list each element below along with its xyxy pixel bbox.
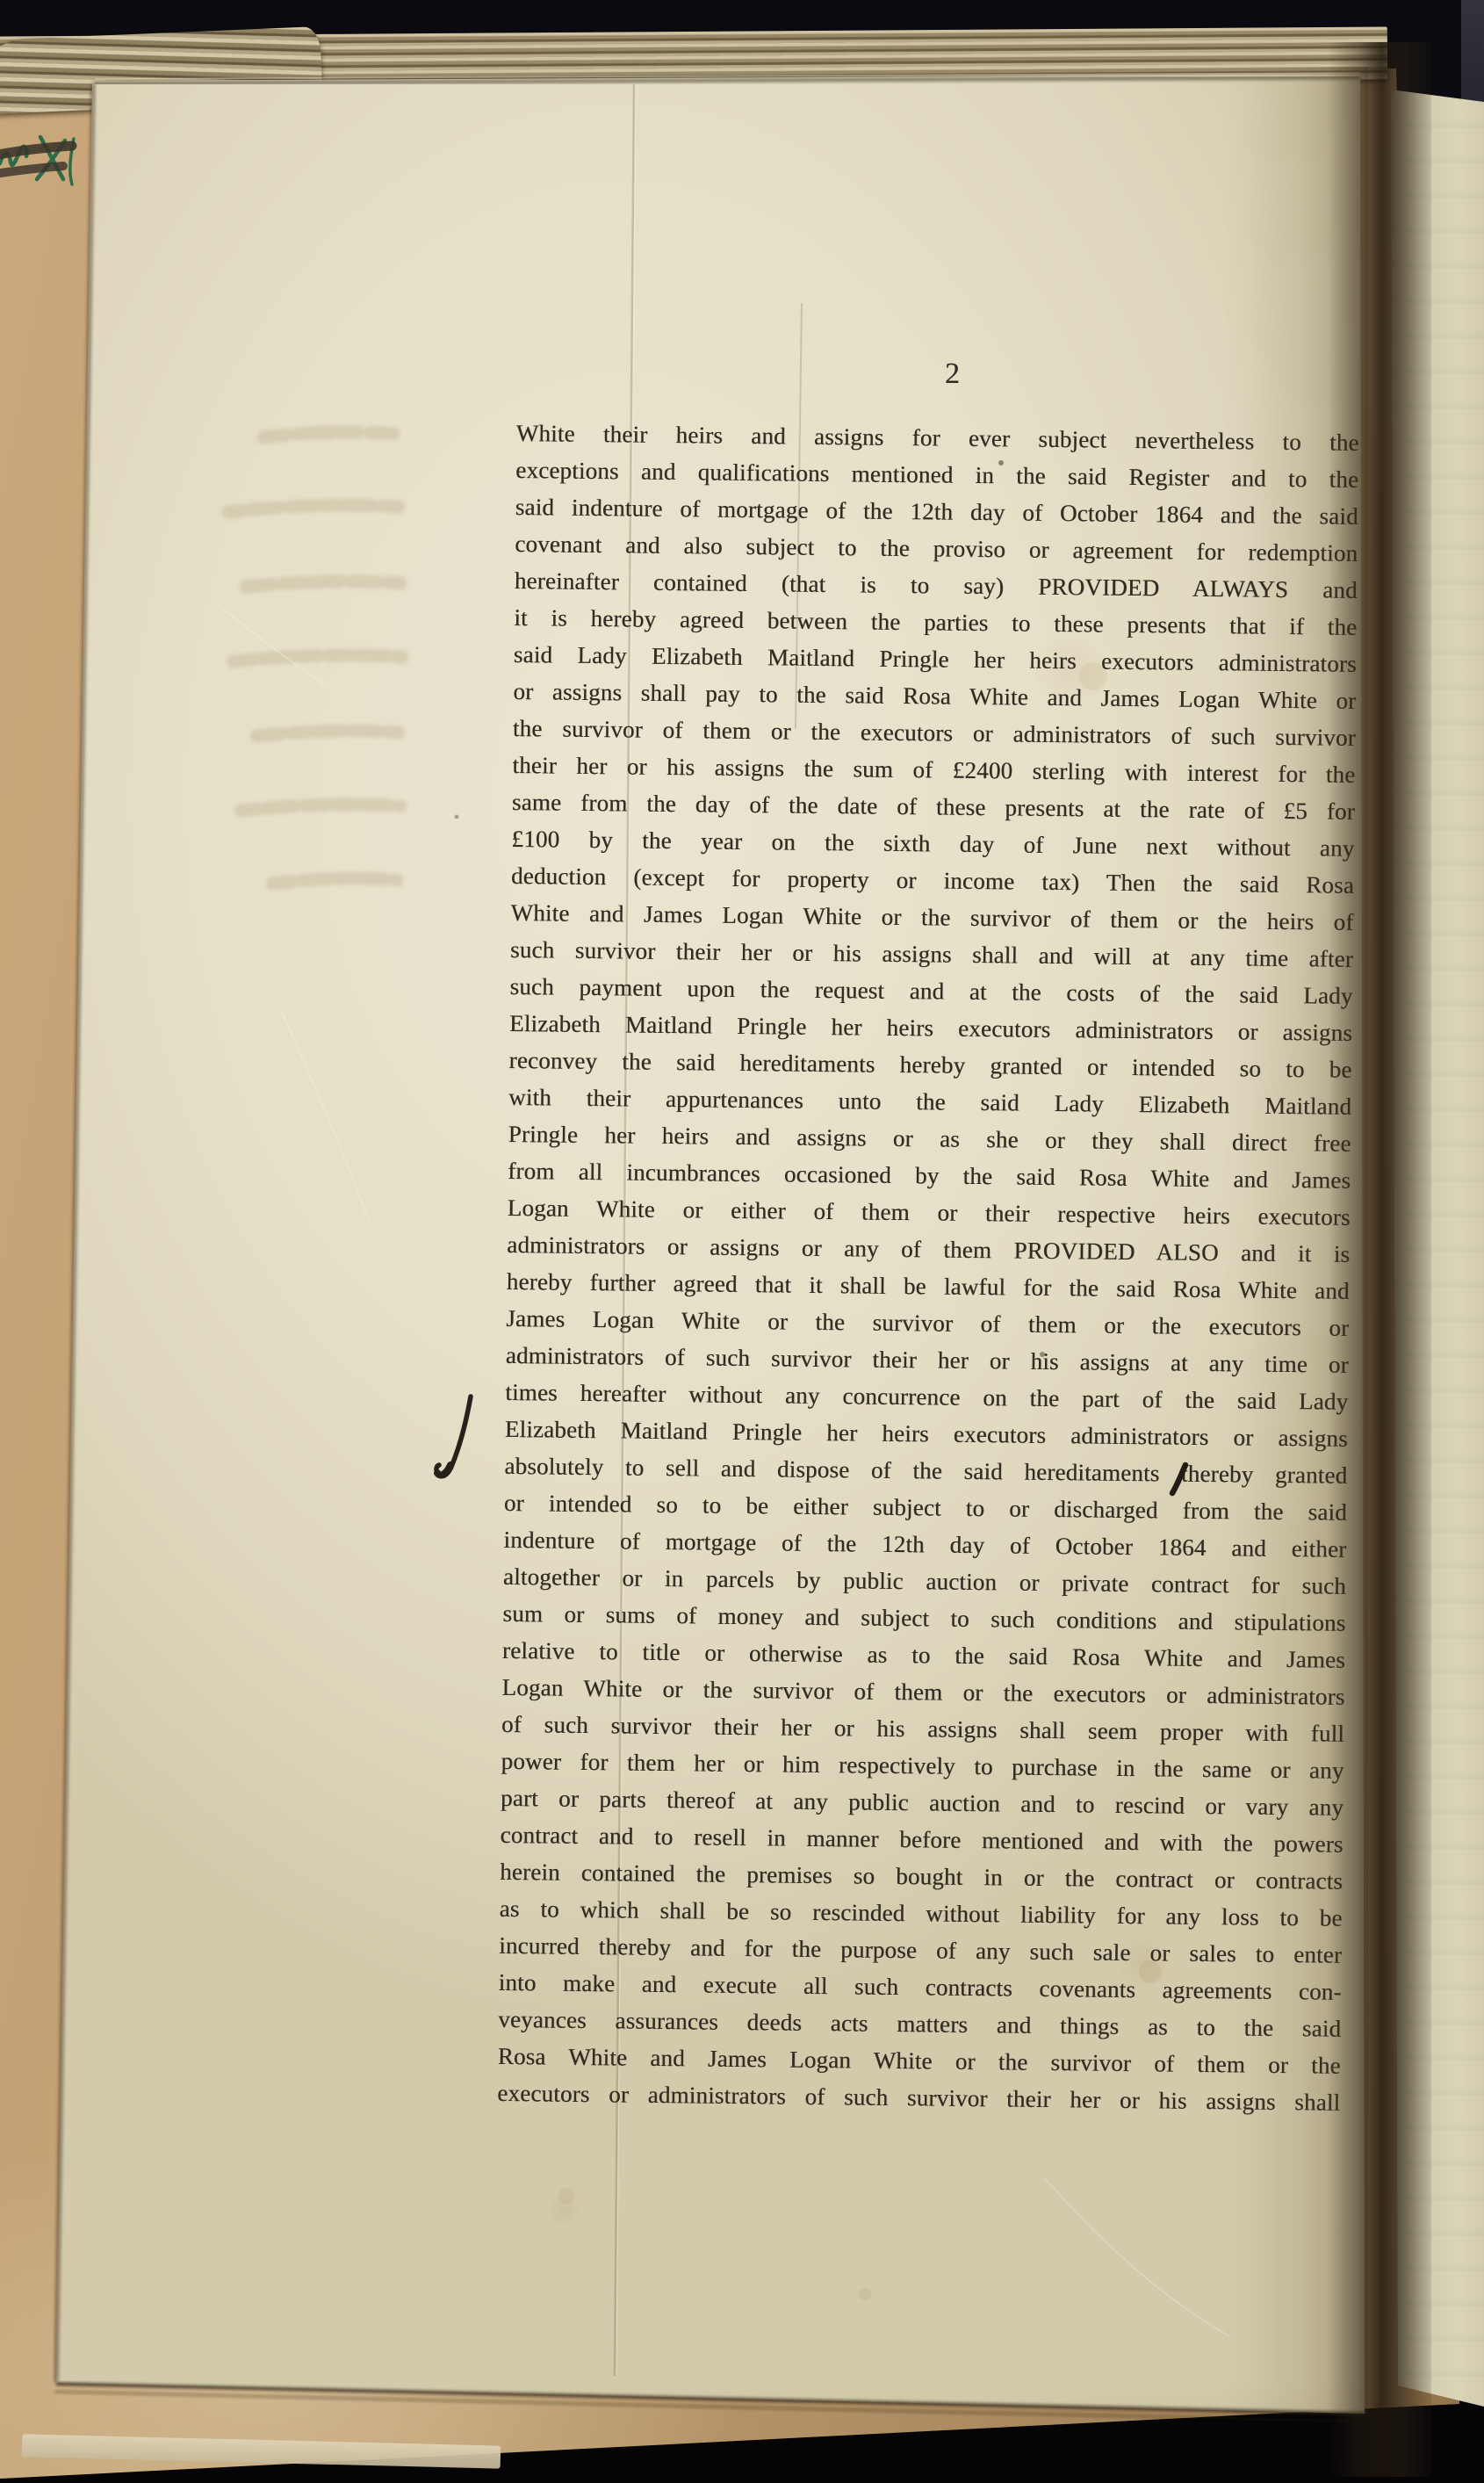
page-number: 2 <box>945 358 960 390</box>
facing-page-edge <box>1391 86 1484 2407</box>
crossed-out-scribble <box>0 123 97 197</box>
body-text: White their heirs and assigns for ever s… <box>497 415 1359 2121</box>
open-book-photo: 2 White their heirs and assigns for ever… <box>0 0 1484 2483</box>
show-through-ghost-text <box>211 420 413 929</box>
stray-ink-mark <box>1168 1463 1194 1497</box>
margin-checkmark-icon <box>432 1393 478 1486</box>
